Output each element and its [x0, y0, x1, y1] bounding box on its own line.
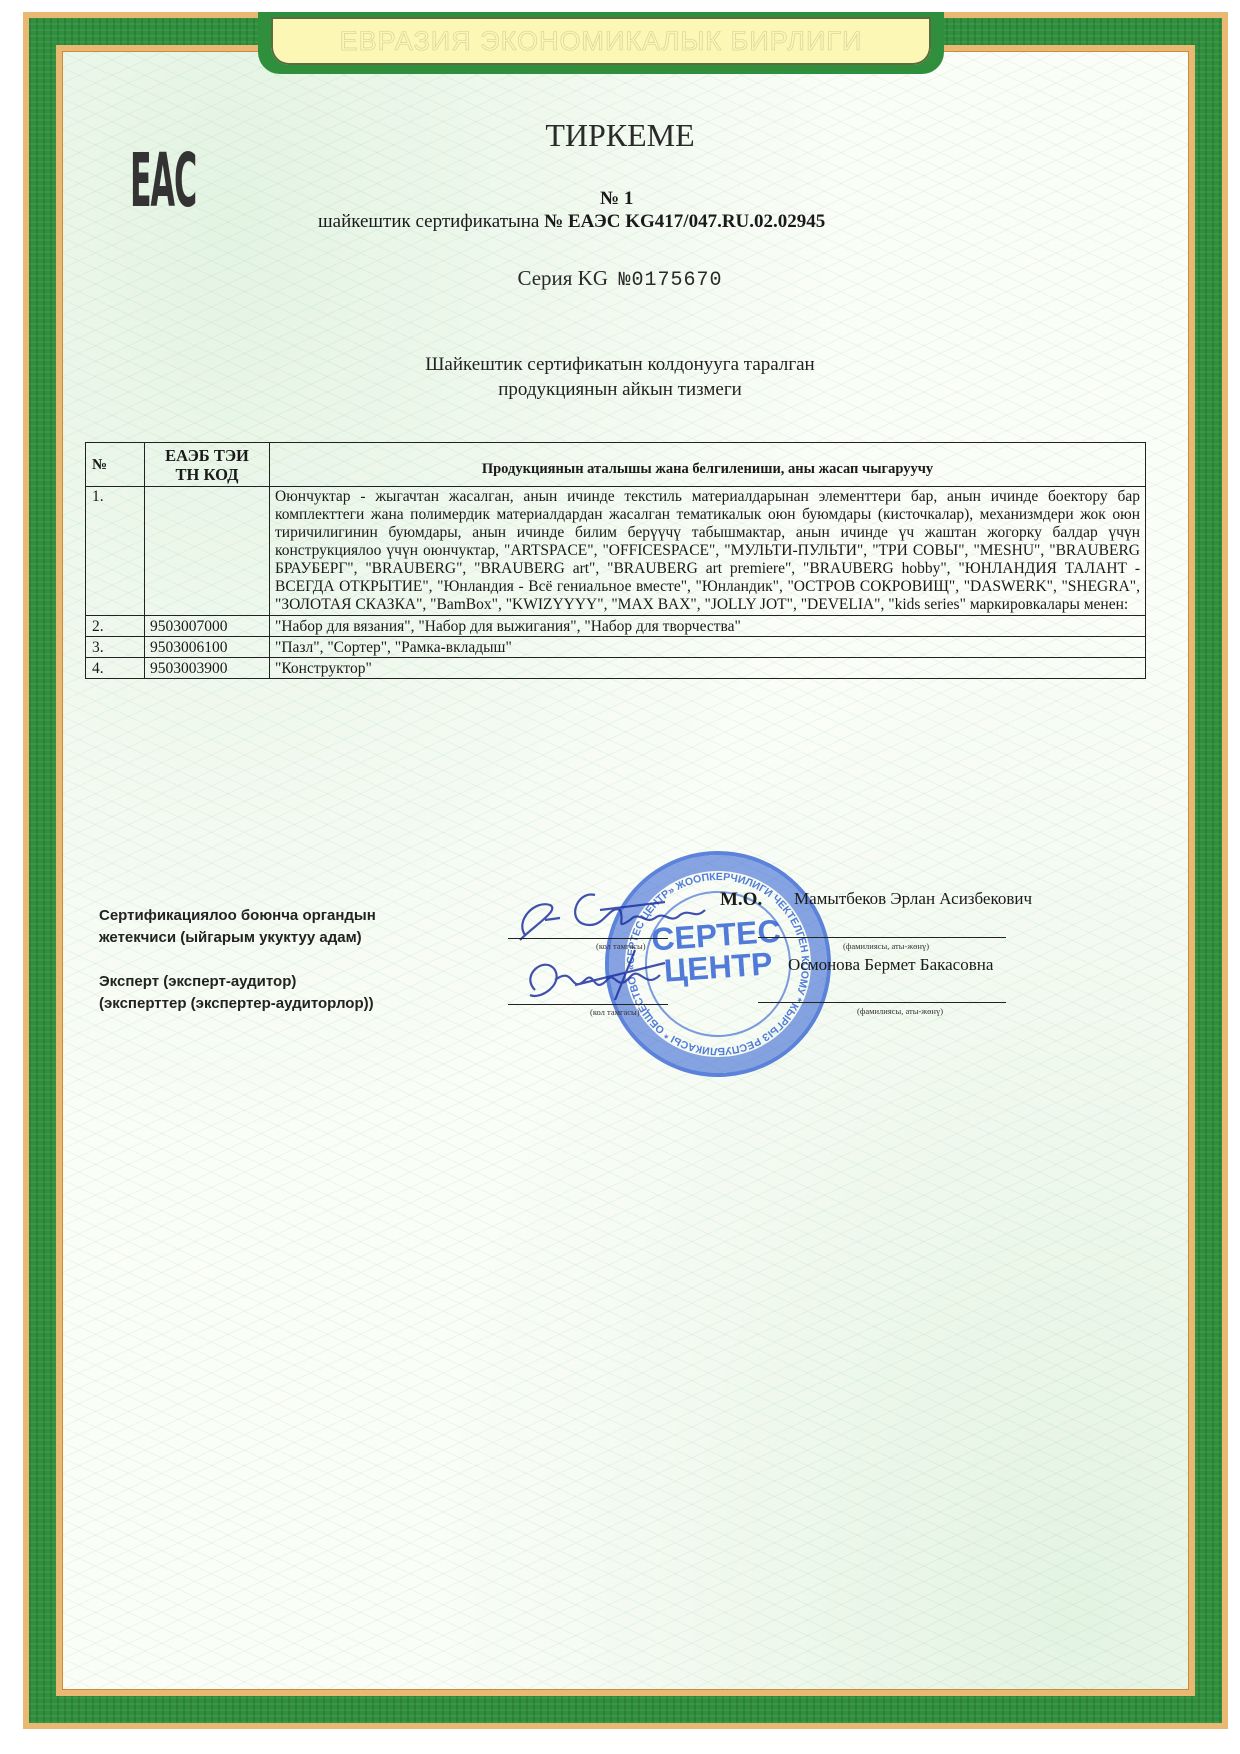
- table-header-row: № ЕАЭБ ТЭИ ТН КОД Продукциянын аталышы ж…: [86, 443, 1146, 487]
- annex-number: № 1: [600, 188, 633, 210]
- head-label-line-2: жетекчиси (ыйгарым укуктуу адам): [99, 927, 376, 949]
- row-number: 2.: [86, 616, 145, 637]
- header-product-name: Продукциянын аталышы жана белгилениши, а…: [270, 443, 1146, 487]
- series-line: Серия KG №0175670: [0, 266, 1240, 292]
- head-name-line: [758, 937, 1006, 938]
- products-table: № ЕАЭБ ТЭИ ТН КОД Продукциянын аталышы ж…: [85, 442, 1146, 679]
- expert-name-line: [758, 1002, 1006, 1003]
- banner-text: ЕВРАЗИЯ ЭКОНОМИКАЛЫК БИРЛИГИ: [340, 26, 863, 57]
- row-product: "Пазл", "Сортер", "Рамка-вкладыш": [270, 637, 1146, 658]
- row-code: 9503003900: [145, 658, 270, 679]
- expert-name-caption: (фамилиясы, аты-жөнү): [857, 1006, 943, 1016]
- header-code-line-2: ТН КОД: [150, 465, 264, 484]
- certificate-number: № ЕАЭС KG417/047.RU.02.02945: [544, 211, 825, 232]
- banner-plate: ЕВРАЗИЯ ЭКОНОМИКАЛЫК БИРЛИГИ: [271, 17, 931, 65]
- list-subtitle: Шайкештик сертификатын колдонууга таралг…: [0, 352, 1240, 402]
- row-product: Оюнчуктар - жыгачтан жасалган, анын ичин…: [270, 487, 1146, 616]
- series-label: Серия KG: [517, 266, 608, 290]
- subtitle-line-1: Шайкештик сертификатын колдонууга таралг…: [0, 352, 1240, 377]
- table-row: 2. 9503007000 "Набор для вязания", "Набо…: [86, 616, 1146, 637]
- seal-mark: М.О.: [720, 889, 762, 911]
- expert-label-line-1: Эксперт (эксперт-аудитор): [99, 971, 376, 993]
- row-product: "Набор для вязания", "Набор для выжигани…: [270, 616, 1146, 637]
- row-number: 1.: [86, 487, 145, 616]
- head-name: Мамытбеков Эрлан Асизбекович: [794, 889, 1032, 909]
- row-number: 4.: [86, 658, 145, 679]
- row-code: 9503007000: [145, 616, 270, 637]
- row-code: 9503006100: [145, 637, 270, 658]
- expert-label-line-2: (эксперттер (экспертер-аудиторлор)): [99, 993, 376, 1015]
- eac-mark-icon: EAC: [130, 145, 196, 219]
- expert-name: Осмонова Бермет Бакасовна: [788, 955, 993, 975]
- eac-logo-text: EAC: [130, 145, 196, 219]
- head-name-caption: (фамилиясы, аты-жөнү): [843, 941, 929, 951]
- certificate-prefix: шайкештик сертификатына: [318, 211, 539, 232]
- subtitle-line-2: продукциянын айкын тизмеги: [0, 377, 1240, 402]
- row-code: [145, 487, 270, 616]
- header-code-line-1: ЕАЭБ ТЭИ: [150, 446, 264, 465]
- head-label-line-1: Сертификациялоо боюнча органдын: [99, 905, 376, 927]
- header-banner: ЕВРАЗИЯ ЭКОНОМИКАЛЫК БИРЛИГИ: [258, 12, 944, 74]
- series-number: №0175670: [619, 269, 723, 292]
- head-signature-icon: [505, 880, 735, 950]
- table-row: 1. Оюнчуктар - жыгачтан жасалган, анын и…: [86, 487, 1146, 616]
- expert-signature-line: [508, 1004, 668, 1005]
- head-signature-line: [508, 938, 668, 939]
- header-hs-code: ЕАЭБ ТЭИ ТН КОД: [145, 443, 270, 487]
- certificate-reference: шайкештик сертификатына № ЕАЭС KG417/047…: [318, 211, 825, 233]
- row-number: 3.: [86, 637, 145, 658]
- expert-signature-caption: (кол тамгасы): [590, 1007, 640, 1017]
- table-row: 3. 9503006100 "Пазл", "Сортер", "Рамка-в…: [86, 637, 1146, 658]
- row-product: "Конструктор": [270, 658, 1146, 679]
- table-row: 4. 9503003900 "Конструктор": [86, 658, 1146, 679]
- signature-labels: Сертификациялоо боюнча органдын жетекчис…: [99, 905, 376, 1015]
- header-number: №: [86, 443, 145, 487]
- head-signature-caption: (кол тамгасы): [596, 941, 646, 951]
- document-title: ТИРКЕМЕ: [0, 117, 1240, 154]
